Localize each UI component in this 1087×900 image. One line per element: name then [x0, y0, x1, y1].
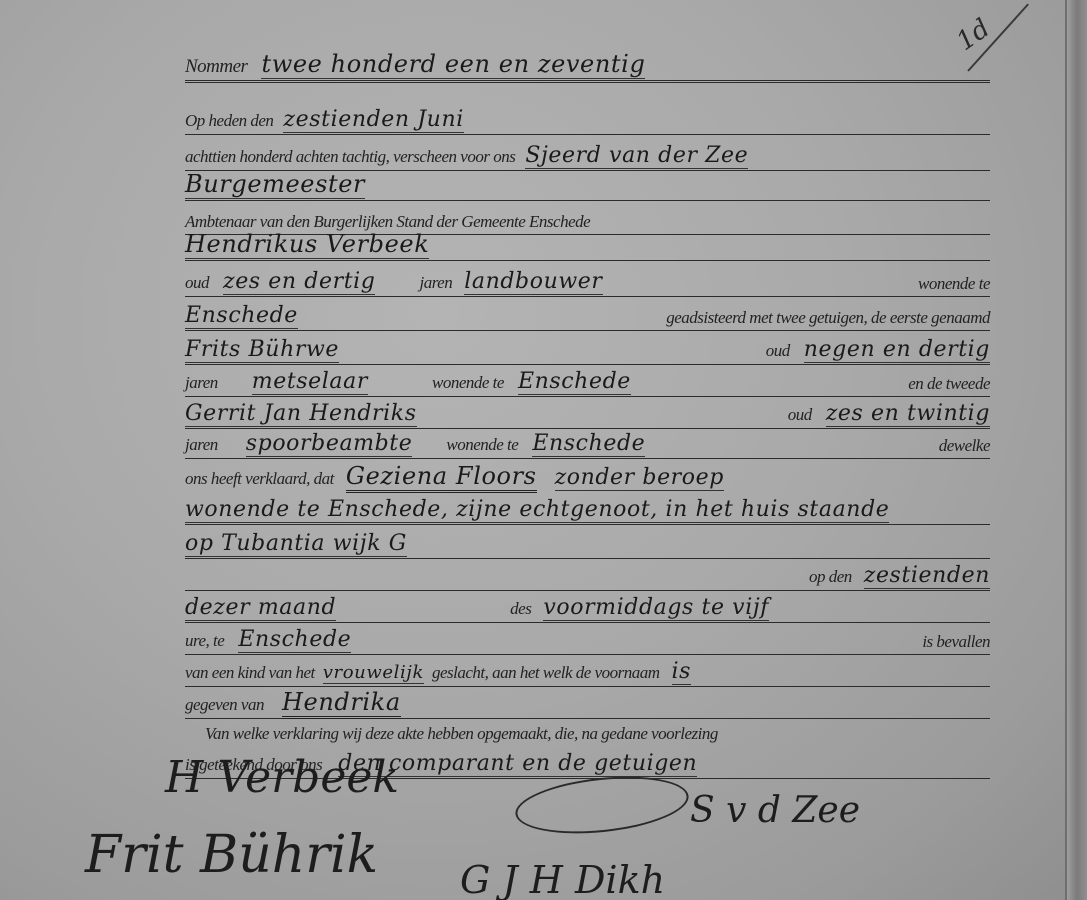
line-filled-mother-name: Geziena Floors: [346, 462, 537, 493]
line-preprinted: van een kind van het: [185, 663, 315, 682]
line-filled-month: dezer maand: [185, 595, 336, 621]
date-line: Op heden den zestienden Juni: [185, 100, 990, 135]
line-preprinted: oud: [185, 273, 209, 292]
address-line: op Tubantia wijk G: [185, 524, 990, 559]
line-preprinted: op den: [809, 567, 852, 586]
signature-official-flourish: [513, 769, 692, 841]
line-filled-date: zestienden Juni: [283, 107, 463, 133]
line-filled-occupation: landbouwer: [464, 269, 602, 295]
mother-name-line: ons heeft verklaard, dat Geziena Floors …: [185, 458, 990, 492]
birth-time-line: dezer maand des voormiddags te vijf: [185, 588, 990, 623]
scanned-certificate-page: 1d Nommer twee honderd een en zeventig O…: [0, 0, 1087, 900]
line-filled-witness1-age: negen en dertig: [804, 337, 990, 363]
line-filled-is: is: [672, 659, 692, 685]
line-preprinted: wonende te: [918, 274, 990, 294]
witness1-occupation-line: jaren metselaar wonende te Enschede en d…: [185, 362, 990, 397]
line-filled-child-sex: vrouwelijk: [323, 662, 424, 684]
line-preprinted: oud: [788, 405, 812, 424]
signature-witness-2: G J H Dikh: [460, 858, 665, 900]
witness1-name-line: Frits Bührwe oud negen en dertig: [185, 330, 990, 365]
line-preprinted: wonende te: [446, 435, 518, 454]
line-preprinted: jaren: [185, 373, 218, 392]
number-label: Nommer: [185, 56, 247, 77]
line-filled-address: op Tubantia wijk G: [185, 531, 407, 557]
line-preprinted: is bevallen: [922, 632, 990, 652]
line-filled-age: zes en dertig: [223, 269, 375, 295]
line-preprinted: ons heeft verklaard, dat: [185, 469, 334, 488]
line-filled-witness1-residence: Enschede: [518, 369, 631, 395]
line-preprinted: des: [510, 599, 531, 618]
signature-father: H Verbeek: [165, 752, 399, 803]
line-filled-father-name: Hendrikus Verbeek: [185, 230, 429, 259]
residence-witness-line: Enschede geadsisteerd met twee getuigen,…: [185, 296, 990, 331]
mother-residence-line: wonende te Enschede, zijne echtgenoot, i…: [185, 490, 990, 525]
line-preprinted: jaren: [419, 273, 452, 292]
line-filled-witness2-occupation: spoorbeambte: [246, 431, 413, 457]
line-preprinted: geslacht, aan het welk de voornaam: [432, 663, 660, 682]
line-preprinted: geadsisteerd met twee getuigen, de eerst…: [666, 308, 990, 328]
line-preprinted: ure, te: [185, 631, 224, 650]
declaration-line: Van welke verklaring wij deze akte hebbe…: [185, 712, 990, 746]
signature-official: S v d Zee: [690, 790, 860, 831]
father-name-line: Hendrikus Verbeek: [185, 226, 990, 261]
line-preprinted: jaren: [185, 435, 218, 454]
child-sex-line: van een kind van het vrouwelijk geslacht…: [185, 652, 990, 687]
page-edge-line: [1065, 0, 1067, 900]
line-filled-birth-time: voormiddags te vijf: [543, 595, 769, 621]
line-filled-birth-day: zestienden: [864, 563, 990, 589]
line-filled-witness1-name: Frits Bührwe: [185, 337, 339, 363]
line-filled-title: Burgemeester: [185, 170, 365, 199]
line-preprinted: oud: [766, 341, 790, 360]
birth-day-line: op den zestienden: [185, 556, 990, 591]
line-preprinted: Van welke verklaring wij deze akte hebbe…: [205, 724, 718, 743]
line-preprinted: wonende te: [432, 373, 504, 392]
signature-witness-1: Frit Bührik: [85, 825, 378, 885]
official-title-line: Burgemeester: [185, 166, 990, 201]
line-preprinted: achttien honderd achten tachtig, versche…: [185, 147, 515, 166]
number-value: twee honderd een en zeventig: [261, 50, 645, 79]
line-preprinted: en de tweede: [908, 374, 990, 394]
line-filled-witness1-occupation: metselaar: [252, 369, 368, 395]
line-preprinted: dewelke: [939, 436, 990, 456]
witness2-occupation-line: jaren spoorbeambte wonende te Enschede d…: [185, 424, 990, 459]
certificate-number-line: Nommer twee honderd een en zeventig: [185, 46, 990, 83]
line-filled-mother-residence: wonende te Enschede, zijne echtgenoot, i…: [185, 497, 889, 523]
line-filled-witness2-residence: Enschede: [532, 431, 645, 457]
line-preprinted: Op heden den: [185, 111, 273, 130]
line-filled-mother-occupation: zonder beroep: [555, 465, 724, 491]
birth-place-line: ure, te Enschede is bevallen: [185, 620, 990, 655]
line-filled-birth-place: Enschede: [238, 627, 351, 653]
father-age-line: oud zes en dertig jaren landbouwer wonen…: [185, 262, 990, 297]
page-binding-edge: [1065, 0, 1087, 900]
line-filled-residence: Enschede: [185, 303, 298, 329]
